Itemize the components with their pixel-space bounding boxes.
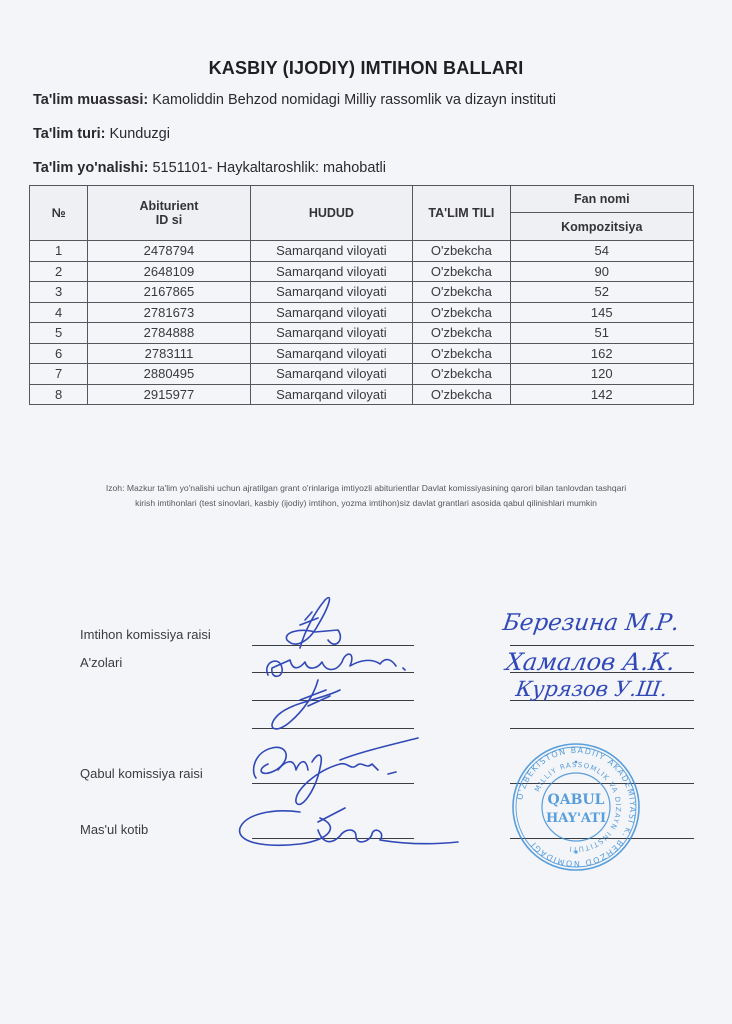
stamp-seal-icon: O'ZBEKISTON BADIIY AKADEMIYASI K. BEHZOD…	[508, 742, 644, 872]
svg-text:QABUL: QABUL	[548, 792, 605, 808]
svg-text:HAY'ATI: HAY'ATI	[546, 811, 606, 826]
document-page: KASBIY (IJODIY) IMTIHON BALLARI Ta'lim m…	[0, 0, 732, 1024]
admission-stamp: O'ZBEKISTON BADIIY AKADEMIYASI K. BEHZOD…	[508, 742, 644, 872]
